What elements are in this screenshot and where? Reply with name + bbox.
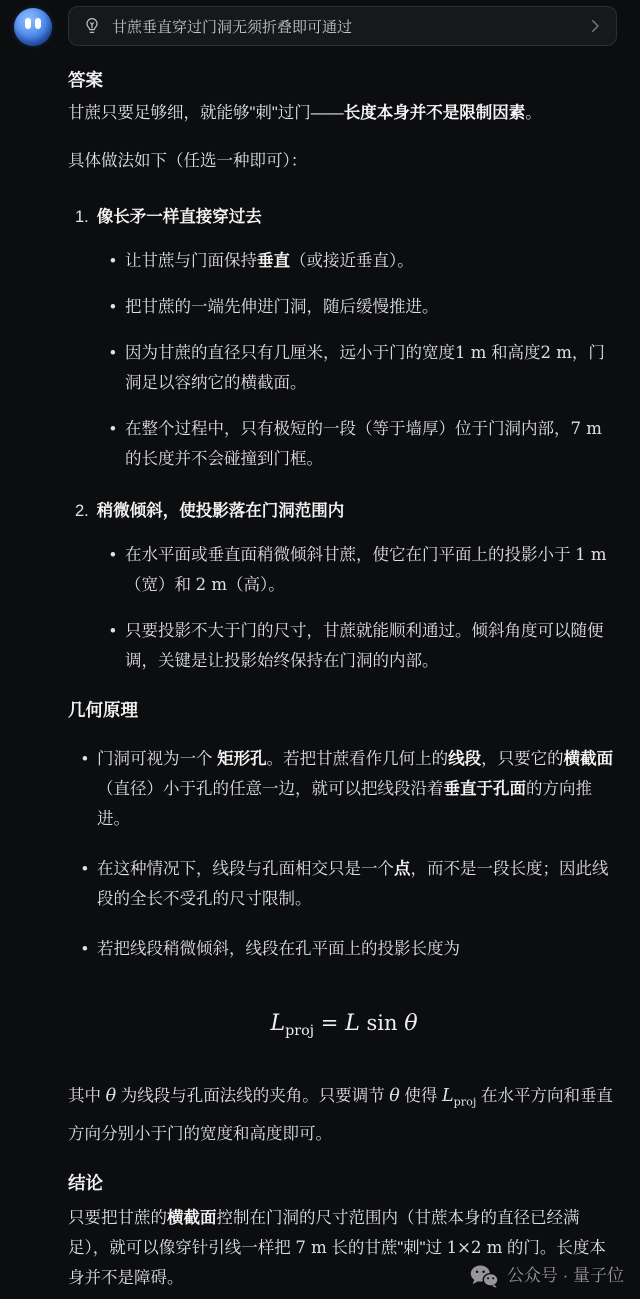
bullet-dot: • [110, 414, 125, 474]
message-header: 甘蔗垂直穿过门洞无须折叠即可通过 [0, 0, 640, 46]
list-item: •因为甘蔗的直径只有几厘米，远小于门的宽度1 m 和高度2 m，门洞足以容纳它的… [110, 338, 620, 398]
bullet-dot: • [82, 744, 97, 834]
bullet-dot: • [110, 338, 125, 398]
lightbulb-icon [82, 16, 102, 36]
math-formula: Lproj = L sin θ [68, 1008, 620, 1039]
numbered-item-1: 1. 像长矛一样直接穿过去 [75, 204, 620, 230]
avatar-eye-left [25, 18, 31, 29]
chevron-right-icon[interactable] [586, 17, 604, 35]
list-item-text: 因为甘蔗的直径只有几厘米，远小于门的宽度1 m 和高度2 m，门洞足以容纳它的横… [125, 338, 620, 398]
list-item-text: 在整个过程中，只有极短的一段（等于墙厚）位于门洞内部，7 m 的长度并不会碰撞到… [125, 414, 620, 474]
item-number: 2. [75, 498, 89, 524]
assistant-message: 答案 甘蔗只要足够细，就能够"刺"过门——长度本身并不是限制因素。 具体做法如下… [0, 46, 640, 1293]
bullet-dot: • [82, 854, 97, 914]
item-number: 1. [75, 204, 89, 230]
list-item: •若把线段稍微倾斜，线段在孔平面上的投影长度为 [82, 934, 620, 964]
heading-geometry: 几何原理 [68, 698, 620, 722]
formula-explanation: 其中 θ 为线段与孔面法线的夹角。只要调节 θ 使得 Lproj 在水平方向和垂… [68, 1077, 620, 1153]
bullet-dot: • [82, 934, 97, 964]
list-item: •把甘蔗的一端先伸进门洞，随后缓慢推进。 [110, 292, 620, 322]
list-item-text: 只要投影不大于门的尺寸，甘蔗就能顺利通过。倾斜角度可以随便调，关键是让投影始终保… [125, 616, 620, 676]
list-item: •只要投影不大于门的尺寸，甘蔗就能顺利通过。倾斜角度可以随便调，关键是让投影始终… [110, 616, 620, 676]
bullet-dot: • [110, 616, 125, 676]
heading-answer: 答案 [68, 68, 620, 92]
answer-intro: 甘蔗只要足够细，就能够"刺"过门——长度本身并不是限制因素。 [68, 98, 620, 128]
assistant-avatar [14, 8, 52, 46]
numbered-item-2: 2. 稍微倾斜，使投影落在门洞范围内 [75, 498, 620, 524]
heading-conclusion: 结论 [68, 1171, 620, 1195]
list-item-text: 在这种情况下，线段与孔面相交只是一个点，而不是一段长度；因此线段的全长不受孔的尺… [97, 854, 620, 914]
bullet-dot: • [110, 292, 125, 322]
bullet-dot: • [110, 246, 125, 276]
thought-summary-box[interactable]: 甘蔗垂直穿过门洞无须折叠即可通过 [68, 6, 617, 46]
list-item: •让甘蔗与门面保持垂直（或接近垂直）。 [110, 246, 620, 276]
item-title: 稍微倾斜，使投影落在门洞范围内 [97, 498, 345, 524]
item-title: 像长矛一样直接穿过去 [97, 204, 262, 230]
list-item-text: 在水平面或垂直面稍微倾斜甘蔗，使它在门平面上的投影小于 1 m（宽）和 2 m（… [125, 540, 620, 600]
thought-summary-text: 甘蔗垂直穿过门洞无须折叠即可通过 [112, 16, 576, 37]
list-item-text: 把甘蔗的一端先伸进门洞，随后缓慢推进。 [125, 292, 620, 322]
avatar-eye-right [35, 18, 41, 29]
list-item: •在水平面或垂直面稍微倾斜甘蔗，使它在门平面上的投影小于 1 m（宽）和 2 m… [110, 540, 620, 600]
bullet-dot: • [110, 540, 125, 600]
list-item-text: 让甘蔗与门面保持垂直（或接近垂直）。 [125, 246, 620, 276]
list-item-text: 门洞可视为一个 矩形孔。若把甘蔗看作几何上的线段，只要它的横截面（直径）小于孔的… [97, 744, 620, 834]
list-item-text: 若把线段稍微倾斜，线段在孔平面上的投影长度为 [97, 934, 620, 964]
list-item: •在这种情况下，线段与孔面相交只是一个点，而不是一段长度；因此线段的全长不受孔的… [82, 854, 620, 914]
list-item: •门洞可视为一个 矩形孔。若把甘蔗看作几何上的线段，只要它的横截面（直径）小于孔… [82, 744, 620, 834]
watermark: 公众号 · 量子位 [469, 1262, 624, 1290]
methods-lead: 具体做法如下（任选一种即可）： [68, 146, 620, 176]
watermark-text: 公众号 · 量子位 [507, 1262, 624, 1290]
list-item: •在整个过程中，只有极短的一段（等于墙厚）位于门洞内部，7 m 的长度并不会碰撞… [110, 414, 620, 474]
wechat-icon [469, 1264, 499, 1289]
